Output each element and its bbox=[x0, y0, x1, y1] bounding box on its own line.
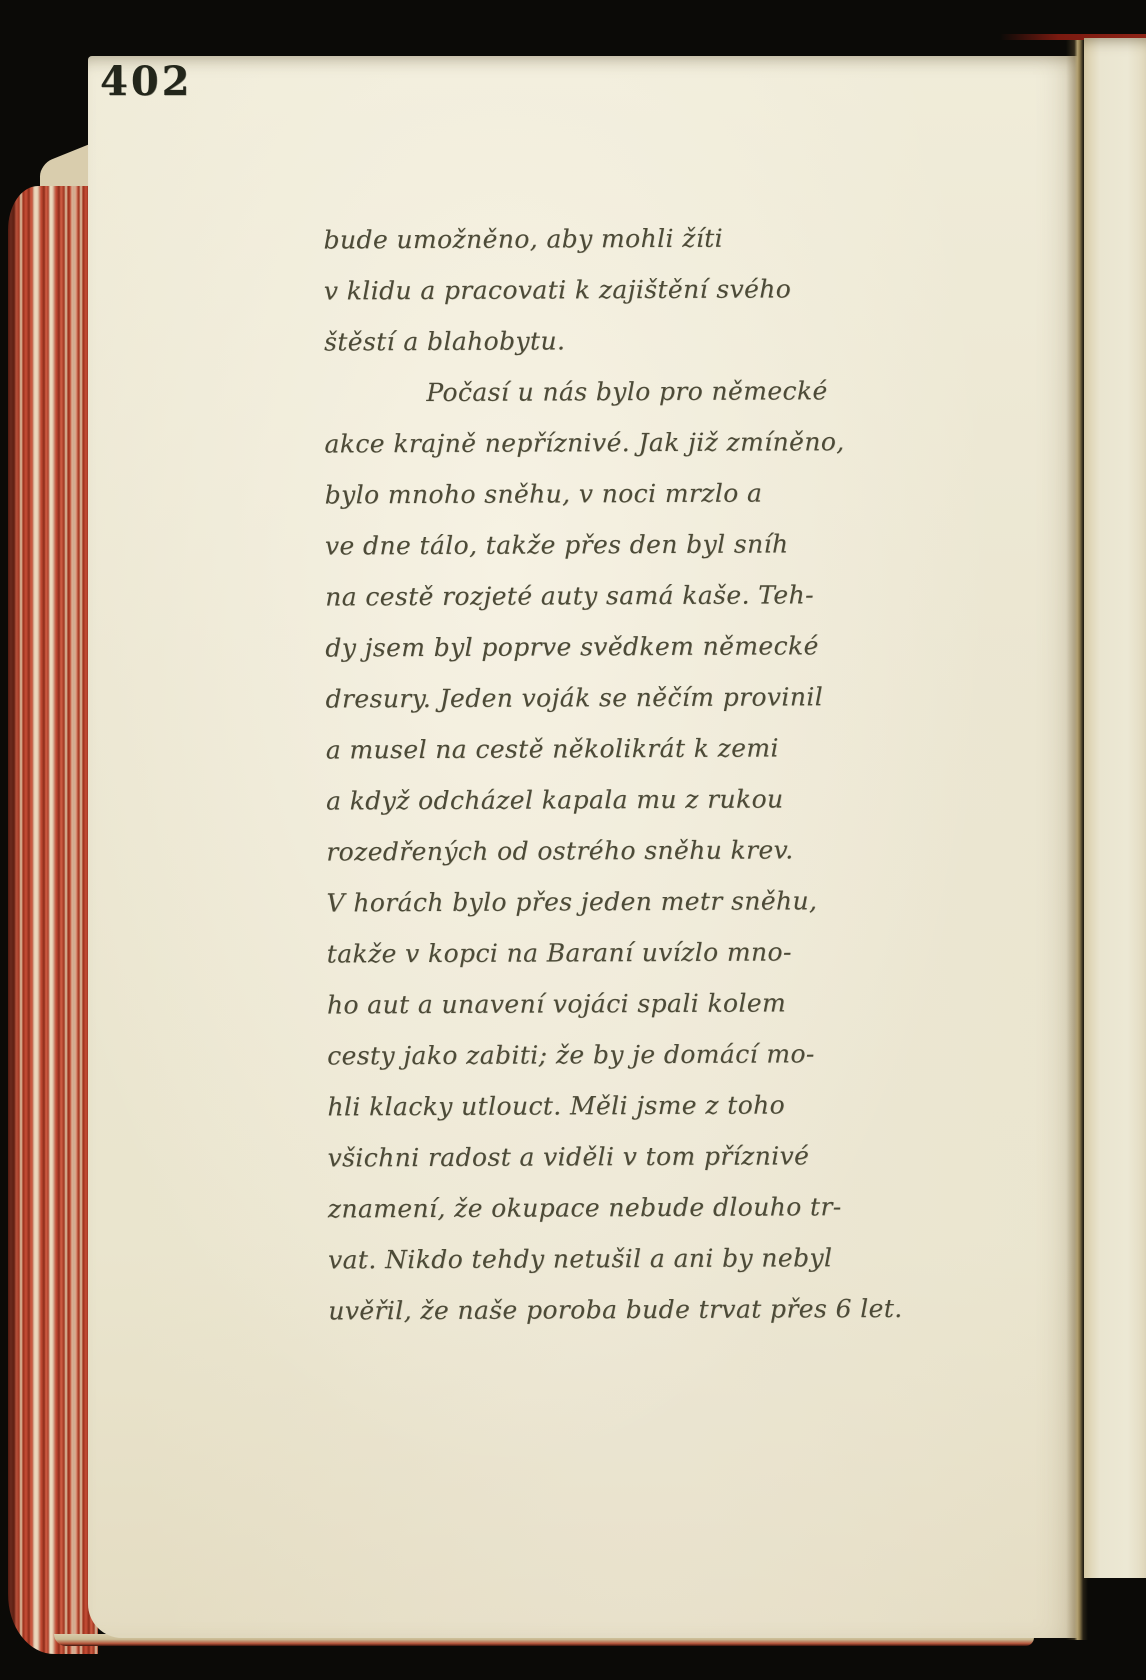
red-fore-edge bbox=[8, 186, 98, 1654]
handwritten-line: štěstí a blahobytu. bbox=[324, 325, 984, 379]
manuscript-text: bude umožněno, aby mohli žítiv klidu a p… bbox=[324, 223, 989, 1348]
handwritten-line: cesty jako zabiti; že by je domácí mo- bbox=[327, 1039, 987, 1093]
handwritten-line: vat. Nikdo tehdy netušil a ani by nebyl bbox=[328, 1243, 988, 1297]
handwritten-line: hli klacky utlouct. Měli jsme z toho bbox=[327, 1090, 987, 1144]
handwritten-line: akce krajně nepříznivé. Jak již zmíněno, bbox=[324, 427, 984, 481]
handwritten-line: rozedřených od ostrého sněhu krev. bbox=[326, 835, 986, 889]
handwritten-line: dresury. Jeden voják se něčím provinil bbox=[326, 682, 986, 736]
right-page bbox=[1084, 38, 1146, 1578]
handwritten-line: takže v kopci na Baraní uvízlo mno- bbox=[327, 937, 987, 991]
handwritten-line: znamení, že okupace nebude dlouho tr- bbox=[328, 1192, 988, 1246]
handwritten-line: uvěřil, že naše poroba bude trvat přes 6… bbox=[328, 1294, 988, 1348]
handwritten-line: a když odcházel kapala mu z rukou bbox=[326, 784, 986, 838]
handwritten-line: všichni radost a viděli v tom příznivé bbox=[328, 1141, 988, 1195]
left-page: 402 bude umožněno, aby mohli žítiv klidu… bbox=[88, 56, 1078, 1638]
handwritten-line: ho aut a unavení vojáci spali kolem bbox=[327, 988, 987, 1042]
handwritten-line: v klidu a pracovati k zajištění svého bbox=[324, 274, 984, 328]
page-number: 402 bbox=[100, 58, 193, 105]
handwritten-line: na cestě rozjeté auty samá kaše. Teh- bbox=[325, 580, 985, 634]
handwritten-line: bylo mnoho sněhu, v noci mrzlo a bbox=[325, 478, 985, 532]
handwritten-line: V horách bylo přes jeden metr sněhu, bbox=[326, 886, 986, 940]
handwritten-line: bude umožněno, aby mohli žíti bbox=[324, 223, 984, 277]
book-photo: 402 bude umožněno, aby mohli žítiv klidu… bbox=[0, 0, 1146, 1680]
handwritten-line: ve dne tálo, takže přes den byl sníh bbox=[325, 529, 985, 583]
handwritten-line: a musel na cestě několikrát k zemi bbox=[326, 733, 986, 787]
handwritten-line: dy jsem byl poprve svědkem německé bbox=[325, 631, 985, 685]
handwritten-line: Počasí u nás bylo pro německé bbox=[324, 376, 984, 430]
